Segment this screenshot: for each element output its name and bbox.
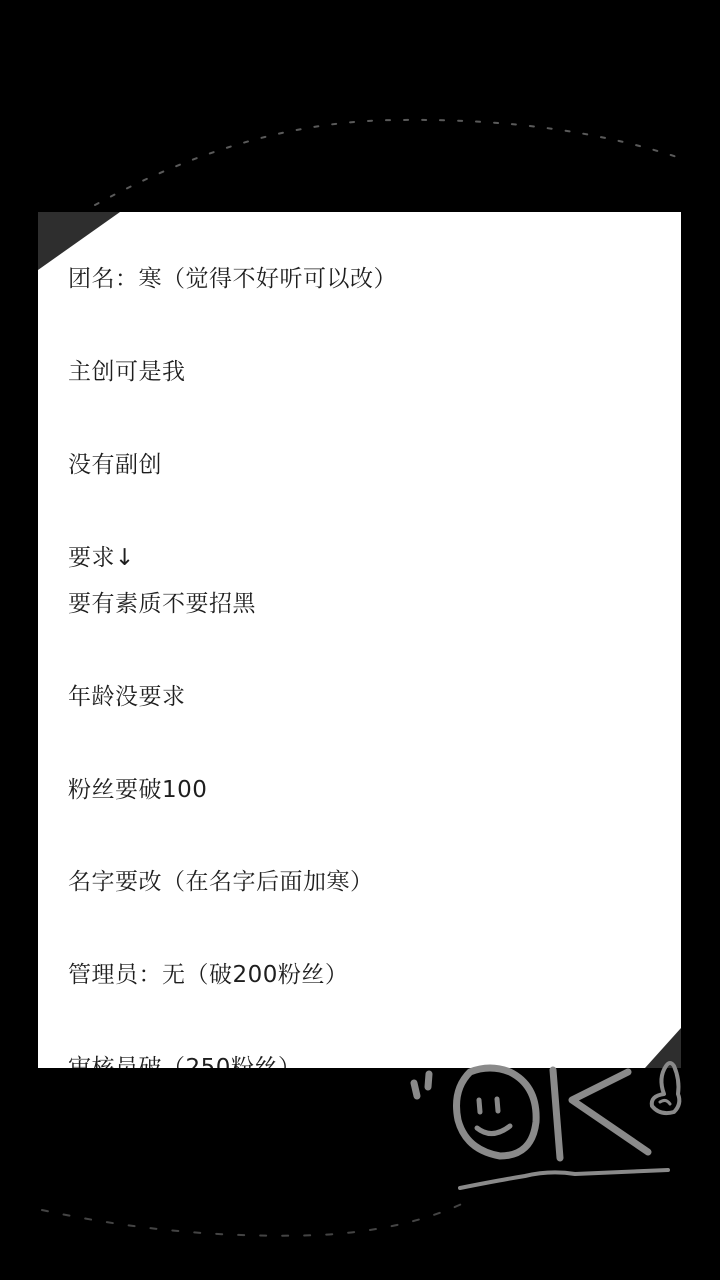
note-line-requirement-fans: 粉丝要破100 — [68, 775, 207, 805]
note-line-no-cofounder: 没有副创 — [68, 450, 162, 480]
note-line-requirement-name: 名字要改（在名字后面加寒） — [68, 867, 374, 897]
note-line-requirements-heading: 要求↓ — [68, 543, 135, 573]
note-line-requirement-behavior: 要有素质不要招黑 — [68, 589, 256, 619]
note-card: 团名：寒（觉得不好听可以改） 主创可是我 没有副创 要求↓ 要有素质不要招黑 年… — [38, 212, 681, 1068]
corner-wedge-top-left — [38, 212, 120, 270]
corner-wedge-bottom-right — [645, 1028, 681, 1068]
note-line-requirement-age: 年龄没要求 — [68, 682, 186, 712]
note-line-founder: 主创可是我 — [68, 357, 186, 387]
note-line-team-name: 团名：寒（觉得不好听可以改） — [68, 264, 397, 294]
note-line-reviewer: 审核员破（250粉丝） — [68, 1053, 301, 1068]
note-line-admin: 管理员：无（破200粉丝） — [68, 960, 348, 990]
